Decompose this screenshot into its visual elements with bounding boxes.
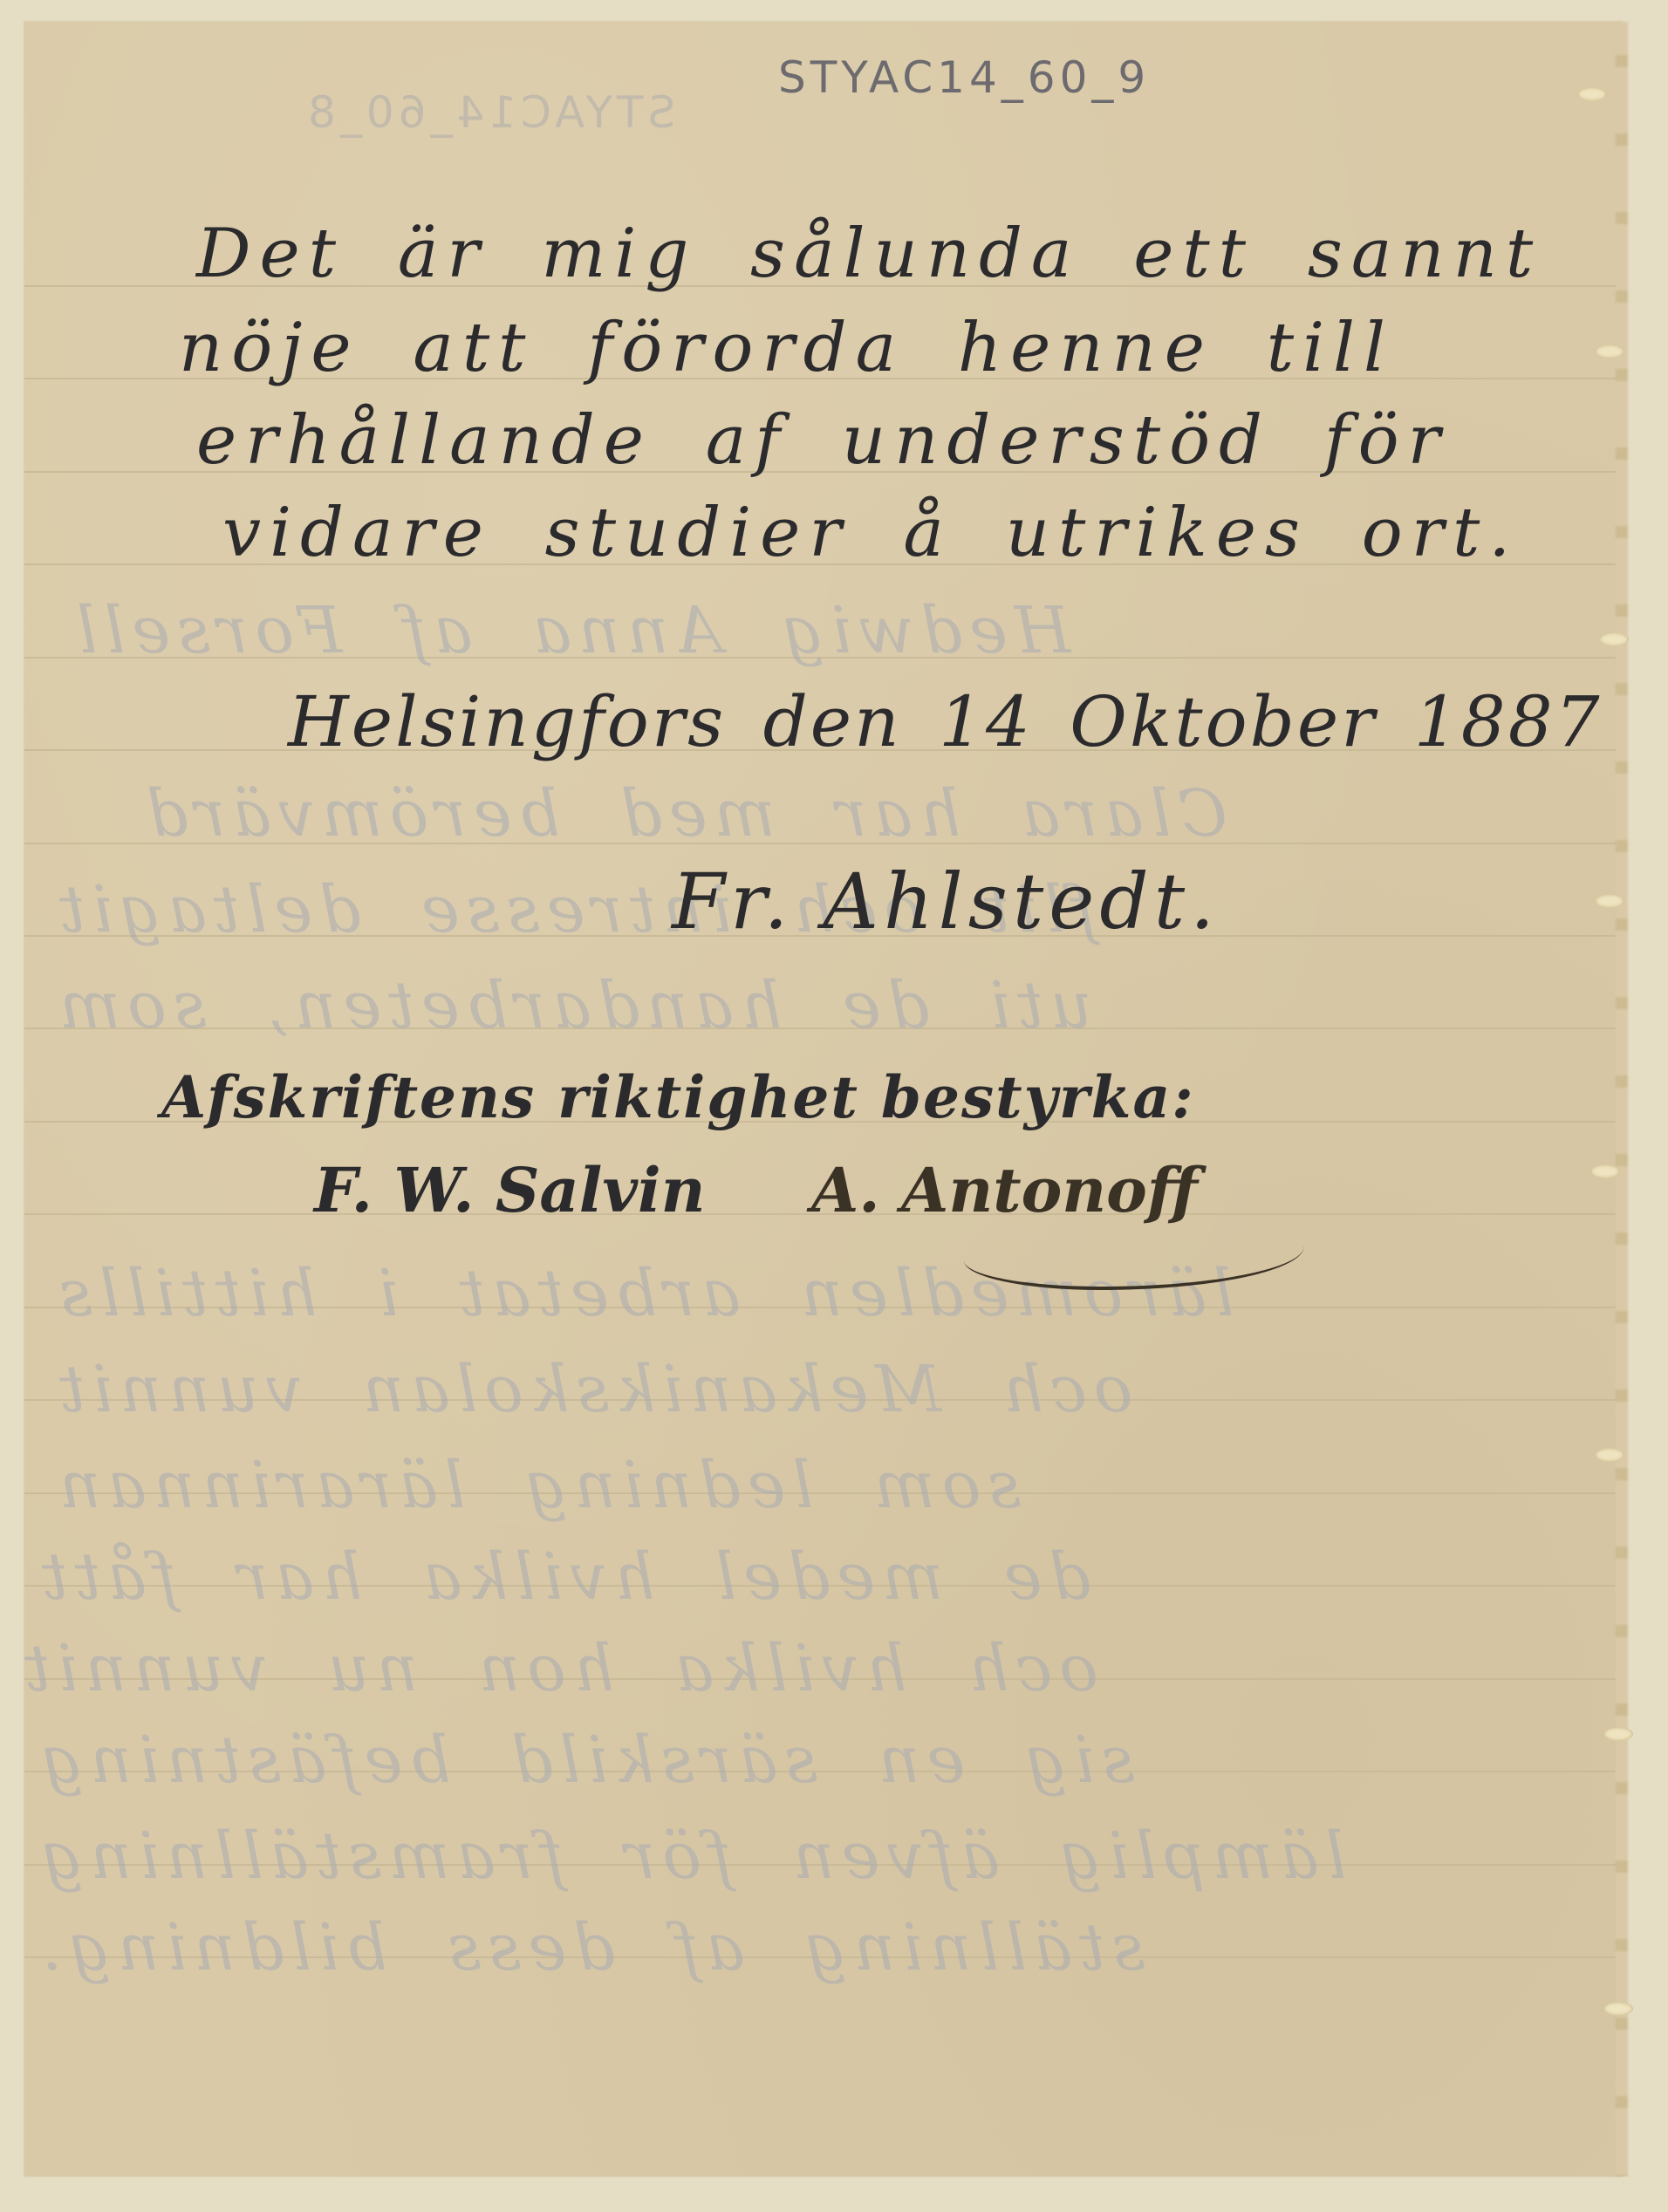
paper-tear-mark [1577, 87, 1607, 101]
bleed-line: Clara har med berömvärd [140, 776, 1227, 851]
bleed-line: och hvilka hon nu vunnit [17, 1631, 1098, 1706]
place-date: Helsingfors den 14 Oktober 1887 [288, 687, 1603, 757]
archive-id-bleed-through: STYAC14_60_8 [304, 87, 675, 138]
bleed-line: sig en särskild befästning [35, 1723, 1135, 1798]
bleed-line: uti de handarbeten, som [52, 968, 1092, 1043]
body-line: vidare studier å utrikes ort. [222, 499, 1519, 567]
body-line: erhållande af understöd för [196, 406, 1449, 474]
signature-salvin: F. W. Salvin [314, 1160, 706, 1221]
signature-ahlstedt: Fr. Ahlstedt. [672, 864, 1220, 940]
archive-id: STYAC14_60_9 [778, 52, 1150, 103]
signature-antonoff: A. Antonoff [811, 1160, 1198, 1221]
paper-tear-mark [1595, 345, 1624, 358]
attestation-line: Afskriftens riktighet bestyrka: [161, 1068, 1195, 1126]
body-line: Det är mig sålunda ett sannt [196, 220, 1542, 288]
bleed-line: som ledning lärarinnan [52, 1448, 1021, 1523]
bleed-line: och Mekanikskolan vunnit [52, 1352, 1132, 1427]
bleed-line: ställning af dess bildning. [35, 1910, 1145, 1985]
paper-tear-mark [1603, 1727, 1633, 1741]
paper-tear-mark [1595, 894, 1624, 908]
paper-tear-mark [1595, 1448, 1624, 1462]
bleed-line: de medel hvilka har fått [35, 1540, 1090, 1615]
body-line: nöje att förorda henne till [179, 314, 1394, 382]
paper-tear-mark [1590, 1164, 1620, 1178]
paper-tear-mark [1603, 2002, 1633, 2016]
bleed-line: lämplig äfven för framställning [35, 1819, 1346, 1894]
paper-tear-mark [1599, 632, 1629, 646]
bleed-line: Hedwig Anna af Forsell [70, 593, 1070, 668]
